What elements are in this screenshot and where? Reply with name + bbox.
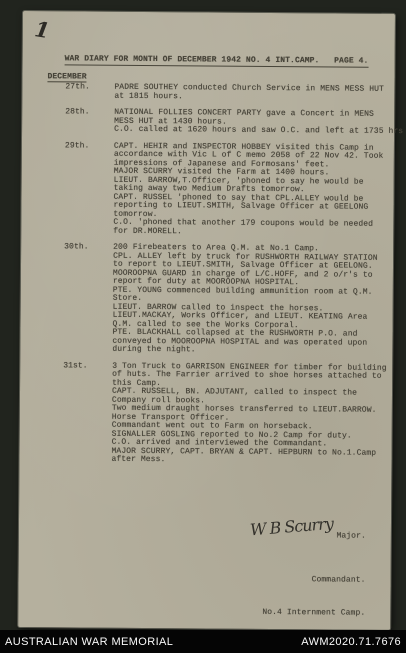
diary-entry: 28th.NATIONAL FOLLIES CONCERT PARTY gave… bbox=[56, 108, 394, 136]
entry-line: C.O. called at 1620 hours and saw O.C. a… bbox=[114, 126, 403, 137]
diary-entry: 30th.200 Firebeaters to Area Q.M. at No.… bbox=[54, 243, 393, 356]
diary-entry: 27th.PADRE SOUTHEY conducted Church Serv… bbox=[56, 83, 394, 103]
entry-text: PADRE SOUTHEY conducted Church Service i… bbox=[114, 84, 384, 103]
scanned-document-photo: 1 WAR DIARY FOR MONTH OF DECEMBER 1942 N… bbox=[0, 0, 406, 653]
month-label: DECEMBER bbox=[47, 72, 86, 82]
entry-date: 30th. bbox=[54, 243, 113, 354]
entry-date: 31st. bbox=[53, 362, 112, 464]
entry-text: 3 Ton Truck to GARRISON ENGINEER for tim… bbox=[111, 362, 386, 466]
entry-date: 29th. bbox=[55, 142, 114, 236]
entry-text: 200 Firebeaters to Area Q.M. at No.1 Cam… bbox=[112, 244, 378, 357]
signature-unit: No.4 Internment Camp. bbox=[210, 606, 366, 618]
entry-date: 28th. bbox=[56, 108, 114, 134]
diary-entries: 27th.PADRE SOUTHEY conducted Church Serv… bbox=[53, 83, 394, 466]
handwritten-signature: W B Scurry bbox=[249, 518, 333, 536]
document-page: 1 WAR DIARY FOR MONTH OF DECEMBER 1942 N… bbox=[18, 11, 395, 630]
signature-line: W B ScurryMajor. bbox=[210, 514, 366, 552]
signature-rank: Major. bbox=[336, 531, 365, 540]
signature-role: Commandant. bbox=[210, 573, 366, 585]
catalog-number: AWM2020.71.7676 bbox=[301, 636, 401, 648]
entry-text: CAPT. HEHIR and INSPECTOR HOBBEY visited… bbox=[113, 142, 383, 238]
entry-text: NATIONAL FOLLIES CONCERT PARTY gave a Co… bbox=[114, 109, 403, 137]
diary-entry: 31st.3 Ton Truck to GARRISON ENGINEER fo… bbox=[53, 362, 392, 467]
signature-block: W B ScurryMajor. Commandant. No.4 Intern… bbox=[210, 492, 367, 640]
entry-date: 27th. bbox=[56, 83, 114, 100]
diary-entry: 29th.CAPT. HEHIR and INSPECTOR HOBBEY vi… bbox=[55, 142, 394, 238]
catalog-bar: AUSTRALIAN WAR MEMORIAL AWM2020.71.7676 bbox=[0, 630, 406, 653]
institution-label: AUSTRALIAN WAR MEMORIAL bbox=[5, 636, 173, 648]
